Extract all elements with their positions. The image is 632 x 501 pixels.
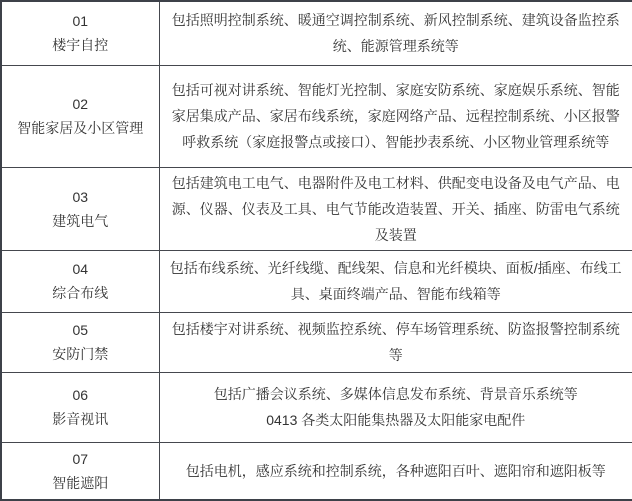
category-cell: 05 安防门禁 <box>1 312 159 372</box>
category-cell: 03 建筑电气 <box>1 167 159 250</box>
category-name: 楼宇自控 <box>8 33 153 57</box>
table-row: 07 智能遮阳 包括电机，感应系统和控制系统，各种遮阳百叶、遮阳帘和遮阳板等 <box>1 442 632 500</box>
category-code: 04 <box>8 257 153 281</box>
description-cell: 包括可视对讲系统、智能灯光控制、家庭安防系统、家庭娱乐系统、智能家居集成产品、家… <box>159 65 632 167</box>
category-description: 包括布线系统、光纤线缆、配线架、信息和光纤模块、面板/插座、布线工具、桌面终端产… <box>166 255 627 307</box>
category-name: 建筑电气 <box>8 209 153 233</box>
category-description: 包括电机，感应系统和控制系统，各种遮阳百叶、遮阳帘和遮阳板等 <box>166 458 627 484</box>
description-cell: 包括布线系统、光纤线缆、配线架、信息和光纤模块、面板/插座、布线工具、桌面终端产… <box>159 250 632 312</box>
description-cell: 包括建筑电工电气、电器附件及电工材料、供配变电设备及电气产品、电源、仪器、仪表及… <box>159 167 632 250</box>
table-row: 04 综合布线 包括布线系统、光纤线缆、配线架、信息和光纤模块、面板/插座、布线… <box>1 250 632 312</box>
category-name: 智能遮阳 <box>8 471 153 495</box>
category-code: 02 <box>8 92 153 116</box>
category-code: 07 <box>8 447 153 471</box>
description-cell: 包括楼宇对讲系统、视频监控系统、停车场管理系统、防盗报警控制系统等 <box>159 312 632 372</box>
table-row: 01 楼宇自控 包括照明控制系统、暖通空调控制系统、新风控制系统、建筑设备监控系… <box>1 1 632 65</box>
table-row: 02 智能家居及小区管理 包括可视对讲系统、智能灯光控制、家庭安防系统、家庭娱乐… <box>1 65 632 167</box>
category-description-line2: 0413 各类太阳能集热器及太阳能家电配件 <box>166 407 627 433</box>
category-name: 安防门禁 <box>8 342 153 366</box>
category-description: 包括楼宇对讲系统、视频监控系统、停车场管理系统、防盗报警控制系统等 <box>166 316 627 368</box>
category-code: 06 <box>8 383 153 407</box>
category-cell: 02 智能家居及小区管理 <box>1 65 159 167</box>
description-cell: 包括电机，感应系统和控制系统，各种遮阳百叶、遮阳帘和遮阳板等 <box>159 442 632 500</box>
category-description: 包括建筑电工电气、电器附件及电工材料、供配变电设备及电气产品、电源、仪器、仪表及… <box>166 170 627 248</box>
category-cell: 07 智能遮阳 <box>1 442 159 500</box>
category-description: 包括广播会议系统、多媒体信息发布系统、背景音乐系统等 <box>166 381 627 407</box>
description-cell: 包括照明控制系统、暖通空调控制系统、新风控制系统、建筑设备监控系统、能源管理系统… <box>159 1 632 65</box>
category-cell: 06 影音视讯 <box>1 372 159 442</box>
category-name: 智能家居及小区管理 <box>8 116 153 140</box>
table-row: 03 建筑电气 包括建筑电工电气、电器附件及电工材料、供配变电设备及电气产品、电… <box>1 167 632 250</box>
category-table: 01 楼宇自控 包括照明控制系统、暖通空调控制系统、新风控制系统、建筑设备监控系… <box>0 0 632 501</box>
category-name: 影音视讯 <box>8 407 153 431</box>
table-row: 05 安防门禁 包括楼宇对讲系统、视频监控系统、停车场管理系统、防盗报警控制系统… <box>1 312 632 372</box>
category-description: 包括照明控制系统、暖通空调控制系统、新风控制系统、建筑设备监控系统、能源管理系统… <box>166 7 627 59</box>
category-name: 综合布线 <box>8 281 153 305</box>
category-cell: 04 综合布线 <box>1 250 159 312</box>
table-row: 06 影音视讯 包括广播会议系统、多媒体信息发布系统、背景音乐系统等 0413 … <box>1 372 632 442</box>
category-code: 05 <box>8 318 153 342</box>
category-cell: 01 楼宇自控 <box>1 1 159 65</box>
description-cell: 包括广播会议系统、多媒体信息发布系统、背景音乐系统等 0413 各类太阳能集热器… <box>159 372 632 442</box>
category-description: 包括可视对讲系统、智能灯光控制、家庭安防系统、家庭娱乐系统、智能家居集成产品、家… <box>166 77 627 155</box>
category-code: 03 <box>8 185 153 209</box>
category-code: 01 <box>8 9 153 33</box>
